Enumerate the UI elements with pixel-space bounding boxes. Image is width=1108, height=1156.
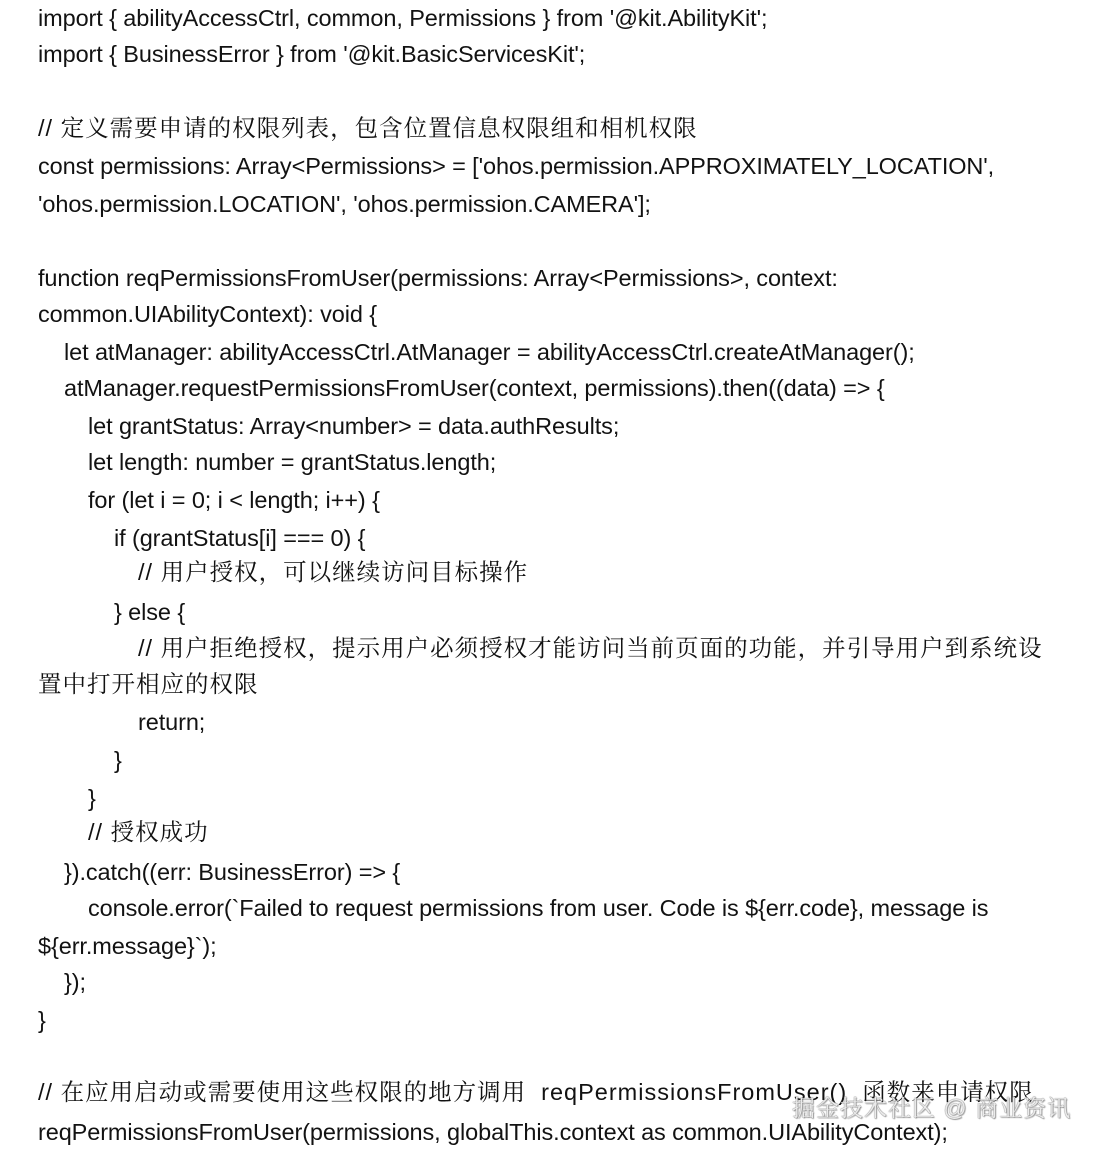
- code-line-close-catch: });: [64, 967, 86, 997]
- code-line-atmanager: let atManager: abilityAccessCtrl.AtManag…: [64, 337, 915, 367]
- code-line-console-error-cont: ${err.message}`);: [38, 931, 217, 961]
- code-line-function-signature-cont: common.UIAbilityContext): void {: [38, 299, 377, 329]
- code-line-for-loop: for (let i = 0; i < length; i++) {: [88, 485, 380, 515]
- code-comment-grant-success: // 授权成功: [88, 817, 209, 847]
- code-line-import-abilitykit: import { abilityAccessCtrl, common, Perm…: [38, 3, 767, 33]
- code-line-if-granted: if (grantStatus[i] === 0) {: [114, 523, 365, 553]
- code-line-else: } else {: [114, 597, 185, 627]
- code-comment-user-granted: // 用户授权，可以继续访问目标操作: [138, 557, 528, 587]
- code-line-close-for: }: [88, 783, 96, 813]
- code-line-return: return;: [138, 707, 205, 737]
- code-comment-user-denied-cont: 置中打开相应的权限: [38, 669, 259, 699]
- code-line-function-signature: function reqPermissionsFromUser(permissi…: [38, 263, 838, 293]
- code-comment-user-denied: // 用户拒绝授权，提示用户必须授权才能访问当前页面的功能，并引导用户到系统设: [138, 633, 1043, 663]
- code-line-catch: }).catch((err: BusinessError) => {: [64, 857, 400, 887]
- code-line-request-permissions: atManager.requestPermissionsFromUser(con…: [64, 373, 885, 403]
- code-comment-permission-list: // 定义需要申请的权限列表，包含位置信息权限组和相机权限: [38, 113, 698, 143]
- code-line-permissions-cont: 'ohos.permission.LOCATION', 'ohos.permis…: [38, 189, 651, 219]
- code-line-import-basicserviceskit: import { BusinessError } from '@kit.Basi…: [38, 39, 585, 69]
- code-line-const-permissions: const permissions: Array<Permissions> = …: [38, 151, 994, 181]
- code-line-grant-status: let grantStatus: Array<number> = data.au…: [88, 411, 619, 441]
- code-line-console-error: console.error(`Failed to request permiss…: [88, 893, 988, 923]
- code-line-length: let length: number = grantStatus.length;: [88, 447, 496, 477]
- watermark: 掘金技术社区 @ 商业资讯: [792, 1093, 1071, 1123]
- code-line-close-function: }: [38, 1005, 46, 1035]
- code-line-close-if: }: [114, 745, 122, 775]
